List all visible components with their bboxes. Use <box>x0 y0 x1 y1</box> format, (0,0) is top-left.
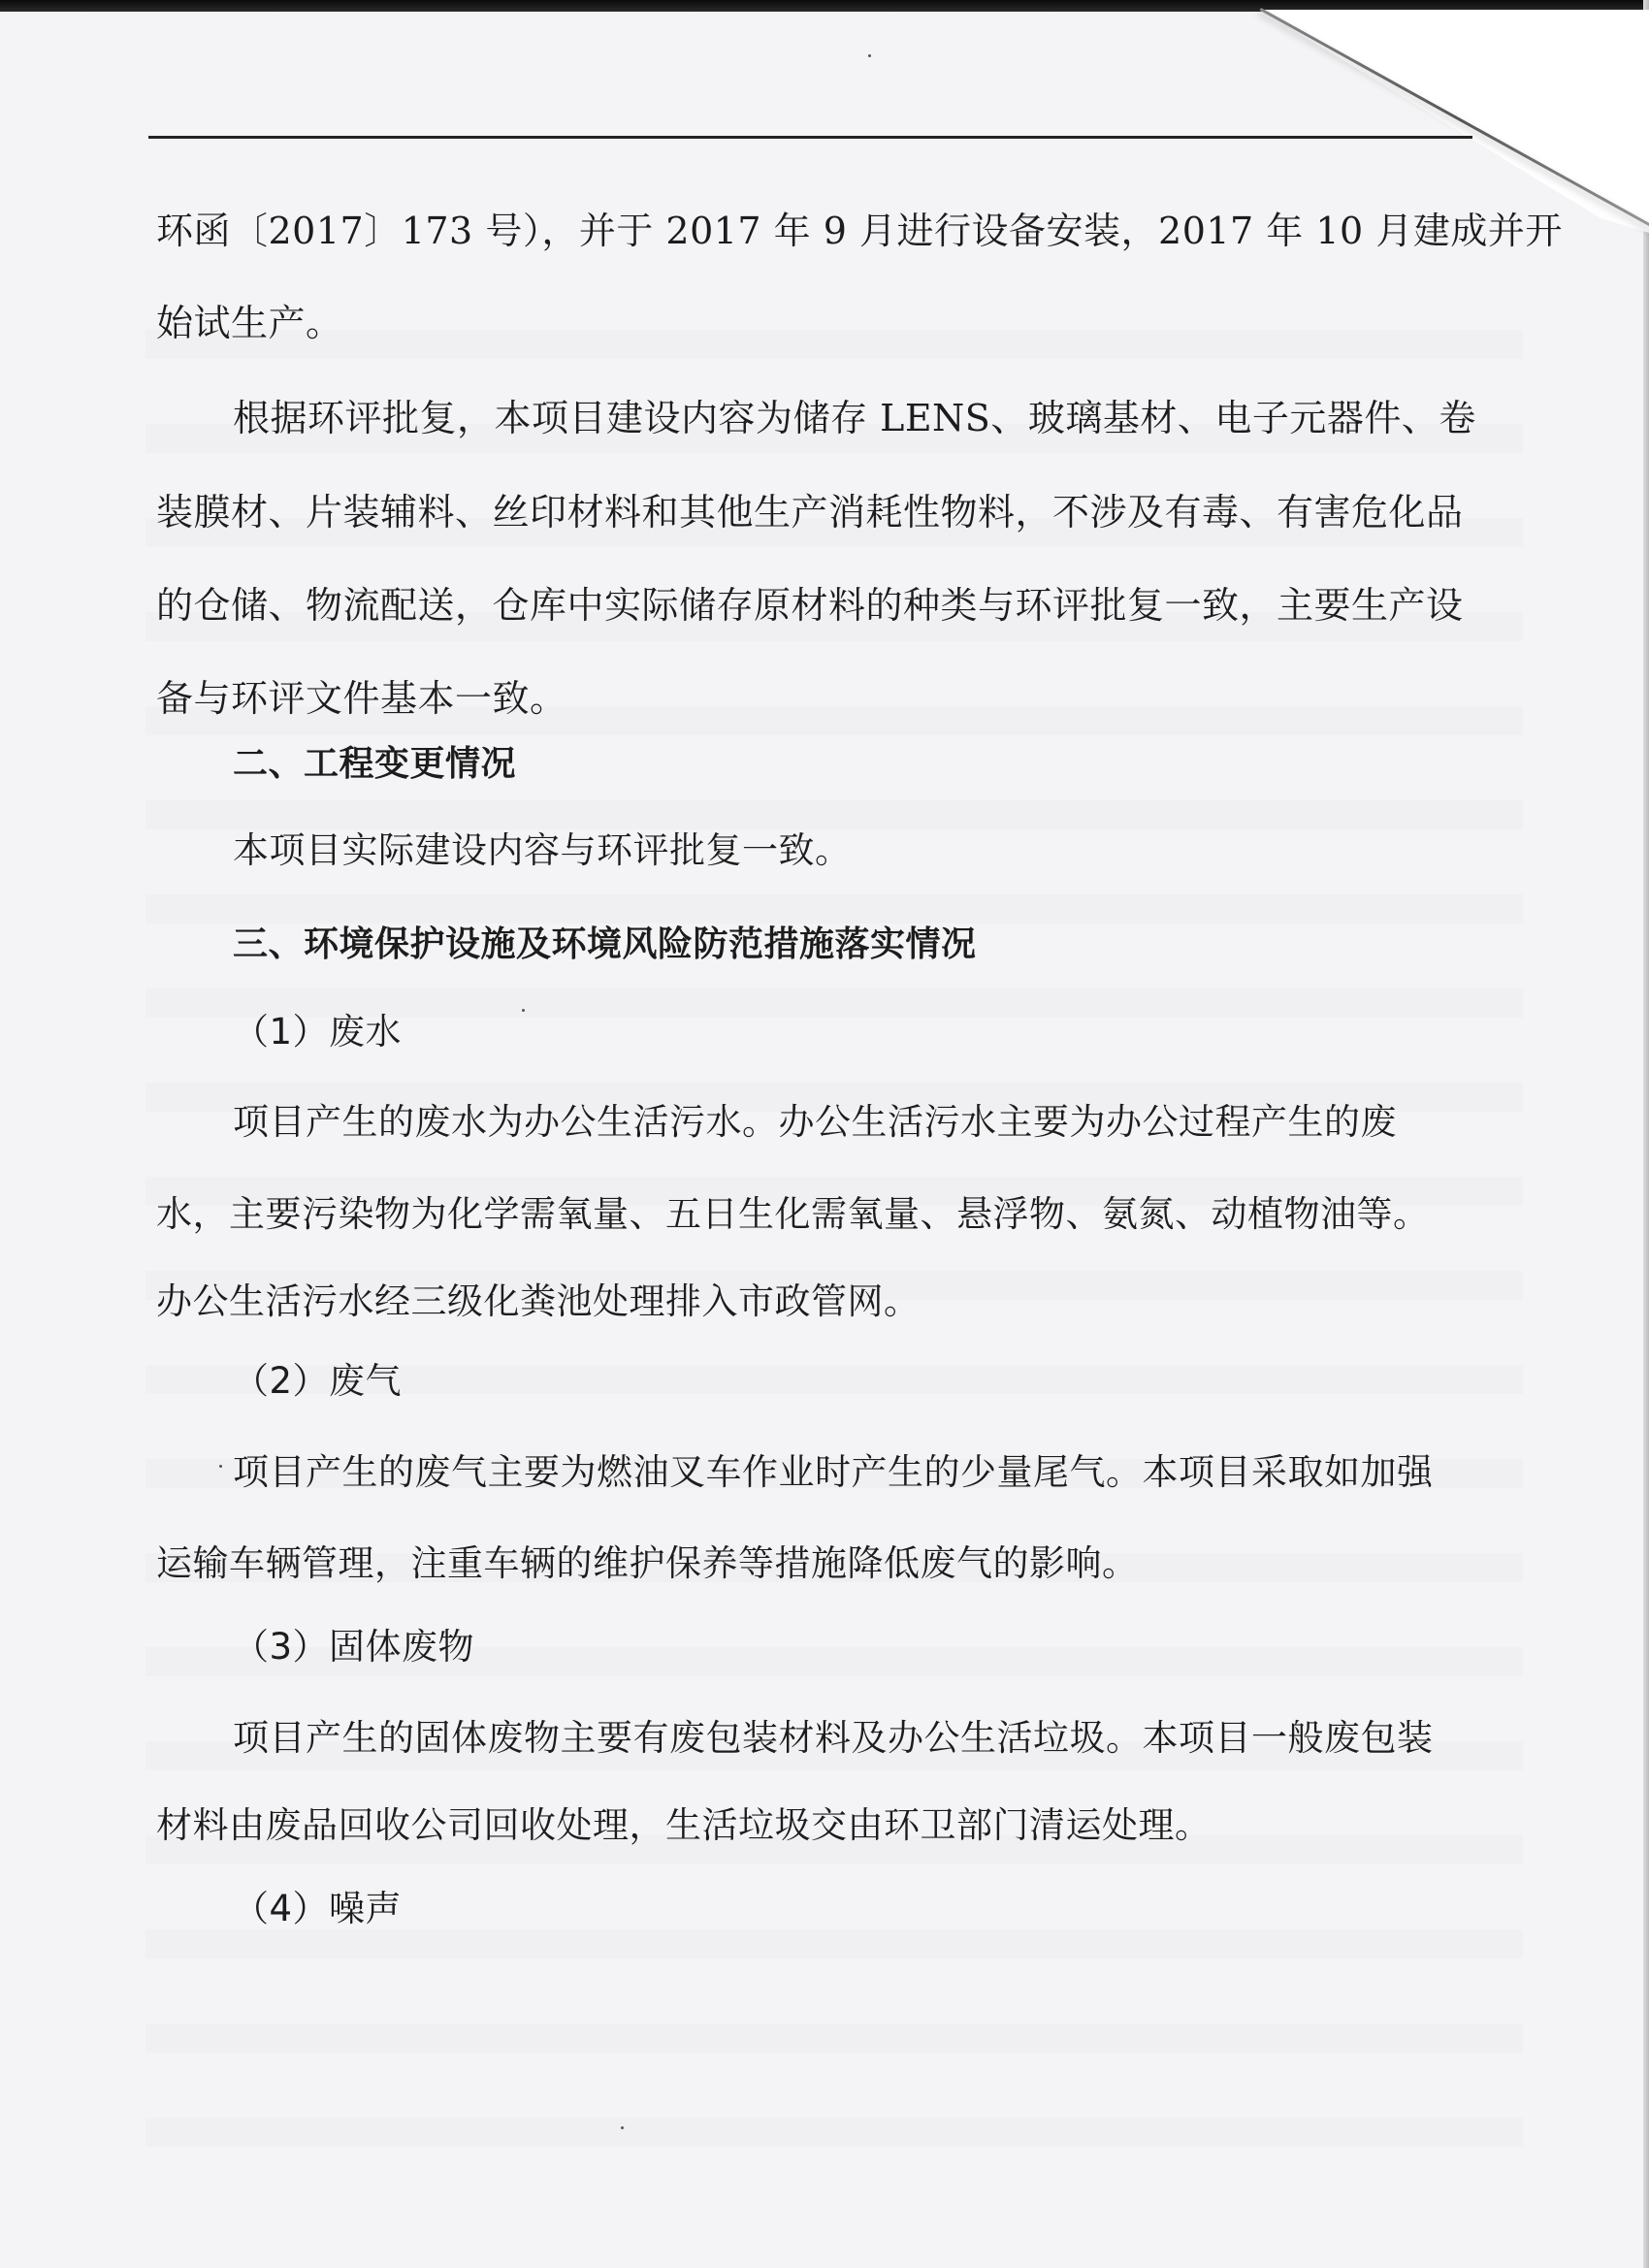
section2-body: 本项目实际建设内容与环评批复一致。 <box>233 827 1552 874</box>
solid-waste-line-1: 项目产生的固体废物主要有废包装材料及办公生活垃圾。本项目一般废包装 <box>233 1715 1552 1762</box>
scope-line-2: 装膜材、片装辅料、丝印材料和其他生产消耗性物料，不涉及有毒、有害危化品 <box>156 489 1475 535</box>
continuation-line-2: 始试生产。 <box>156 300 1475 346</box>
solid-waste-line-2: 材料由废品回收公司回收处理，生活垃圾交由环卫部门清运处理。 <box>156 1802 1475 1849</box>
section2-heading: 二、工程变更情况 <box>233 741 1552 788</box>
scan-speck <box>219 1465 222 1468</box>
noise-title: （4）噪声 <box>233 1886 1552 1932</box>
exhaust-title: （2）废气 <box>233 1358 1552 1405</box>
scope-line-3: 的仓储、物流配送，仓库中实际储存原材料的种类与环评批复一致，主要生产设 <box>156 582 1475 629</box>
wastewater-title: （1）废水 <box>233 1009 1552 1055</box>
section3-heading: 三、环境保护设施及环境风险防范措施落实情况 <box>233 922 1552 968</box>
wastewater-line-2: 水，主要污染物为化学需氧量、五日生化需氧量、悬浮物、氨氮、动植物油等。 <box>156 1191 1475 1238</box>
continuation-line-1: 环函〔2017〕173 号），并于 2017 年 9 月进行设备安装，2017 … <box>156 208 1475 254</box>
exhaust-line-2: 运输车辆管理，注重车辆的维护保养等措施降低废气的影响。 <box>156 1540 1475 1587</box>
scope-line-4: 备与环评文件基本一致。 <box>156 675 1475 722</box>
solid-waste-title: （3）固体废物 <box>233 1624 1552 1670</box>
scan-speck <box>522 1009 525 1012</box>
wastewater-line-1: 项目产生的废水为办公生活污水。办公生活污水主要为办公过程产生的废 <box>233 1099 1552 1146</box>
exhaust-line-1: 项目产生的废气主要为燃油叉车作业时产生的少量尾气。本项目采取如加强 <box>233 1449 1552 1496</box>
scan-speck <box>621 2126 624 2129</box>
document-page: 环函〔2017〕173 号），并于 2017 年 9 月进行设备安装，2017 … <box>0 0 1649 2268</box>
scope-line-1: 根据环评批复，本项目建设内容为储存 LENS、玻璃基材、电子元器件、卷 <box>233 395 1552 441</box>
scan-speck <box>868 54 871 57</box>
wastewater-line-3: 办公生活污水经三级化粪池处理排入市政管网。 <box>156 1279 1475 1325</box>
